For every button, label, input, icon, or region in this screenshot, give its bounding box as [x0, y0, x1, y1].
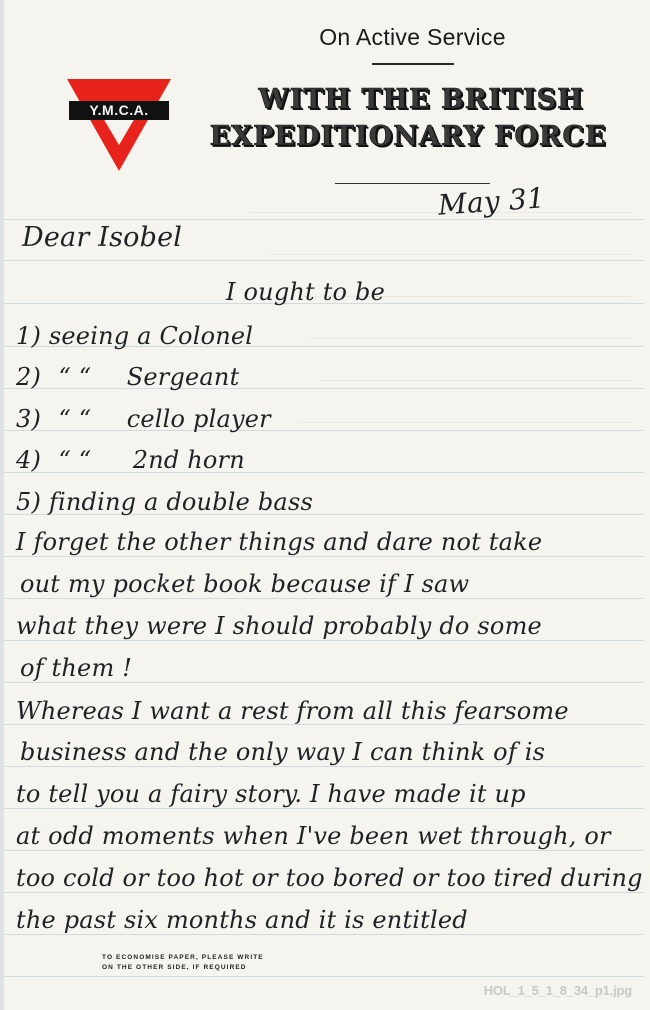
rule-line: [4, 850, 644, 851]
force-heading-line-1: WITH THE BRITISH: [196, 82, 616, 118]
body-line: the past six months and it is entitled: [16, 906, 468, 934]
list-text: seeing a Colonel: [49, 322, 253, 350]
ditto-marks: “ “: [49, 363, 101, 391]
body-line: business and the only way I can think of…: [20, 738, 545, 766]
rule-line: [4, 766, 644, 767]
rule-line: [4, 219, 644, 220]
bleed-through-ink: [270, 232, 630, 255]
british-expeditionary-force-heading: WITH THE BRITISH EXPEDITIONARY FORCE: [196, 82, 616, 156]
body-line: out my pocket book because if I saw: [20, 570, 469, 598]
list-number: 2): [16, 363, 41, 391]
body-line: of them !: [20, 654, 132, 682]
ditto-marks: “ “: [49, 446, 101, 474]
list-item: 4) “ “ 2nd horn: [16, 446, 245, 474]
body-line: at odd moments when I've been wet throug…: [16, 822, 611, 850]
list-number: 3): [16, 405, 41, 433]
header-divider: [335, 183, 490, 184]
letter-date: May 31: [437, 181, 546, 221]
list-text: finding a double bass: [49, 488, 313, 516]
list-number: 4): [16, 446, 41, 474]
rule-line: [4, 808, 644, 809]
ymca-logo-text: Y.M.C.A.: [69, 101, 169, 120]
footer-note-line-1: TO ECONOMISE PAPER, PLEASE WRITE: [102, 953, 264, 963]
bleed-through-ink: [300, 400, 630, 423]
list-number: 5): [16, 488, 41, 516]
salutation: Dear Isobel: [22, 222, 182, 253]
force-heading-line-2: EXPEDITIONARY FORCE: [196, 118, 616, 156]
economise-paper-note: TO ECONOMISE PAPER, PLEASE WRITE ON THE …: [102, 953, 264, 973]
list-item: 5) finding a double bass: [16, 488, 313, 516]
ditto-marks: “ “: [49, 405, 101, 433]
letter-page: On Active Service Y.M.C.A. WITH THE BRIT…: [0, 0, 650, 1010]
body-line: I forget the other things and dare not t…: [16, 528, 542, 556]
rule-line: [4, 892, 644, 893]
bleed-through-ink: [310, 316, 630, 339]
body-line: Whereas I want a rest from all this fear…: [16, 697, 569, 725]
list-item: 1) seeing a Colonel: [16, 322, 253, 350]
rule-line: [4, 934, 644, 935]
bleed-through-ink: [320, 358, 630, 381]
rule-line: [4, 556, 644, 557]
body-line: too cold or too hot or too bored or too …: [16, 864, 643, 892]
rule-line: [4, 976, 644, 977]
page-edge: [0, 0, 4, 1010]
file-name-watermark: HOL_1_5_1_8_34_p1.jpg: [484, 983, 632, 998]
footer-note-line-2: ON THE OTHER SIDE, IF REQUIRED: [102, 963, 264, 973]
list-intro: I ought to be: [226, 278, 385, 306]
rule-line: [4, 598, 644, 599]
body-line: what they were I should probably do some: [16, 612, 542, 640]
body-line: to tell you a fairy story. I have made i…: [16, 780, 526, 808]
list-text: 2nd horn: [133, 446, 245, 474]
rule-line: [4, 640, 644, 641]
list-text: Sergeant: [127, 363, 240, 391]
rule-line: [4, 682, 644, 683]
ymca-triangle-icon: [67, 79, 171, 171]
rule-line: [4, 260, 644, 261]
header-divider: [372, 63, 454, 65]
list-item: 2) “ “ Sergeant: [16, 363, 239, 391]
list-item: 3) “ “ cello player: [16, 405, 271, 433]
list-number: 1): [16, 322, 41, 350]
on-active-service-heading: On Active Service: [0, 24, 650, 51]
list-text: cello player: [127, 405, 271, 433]
